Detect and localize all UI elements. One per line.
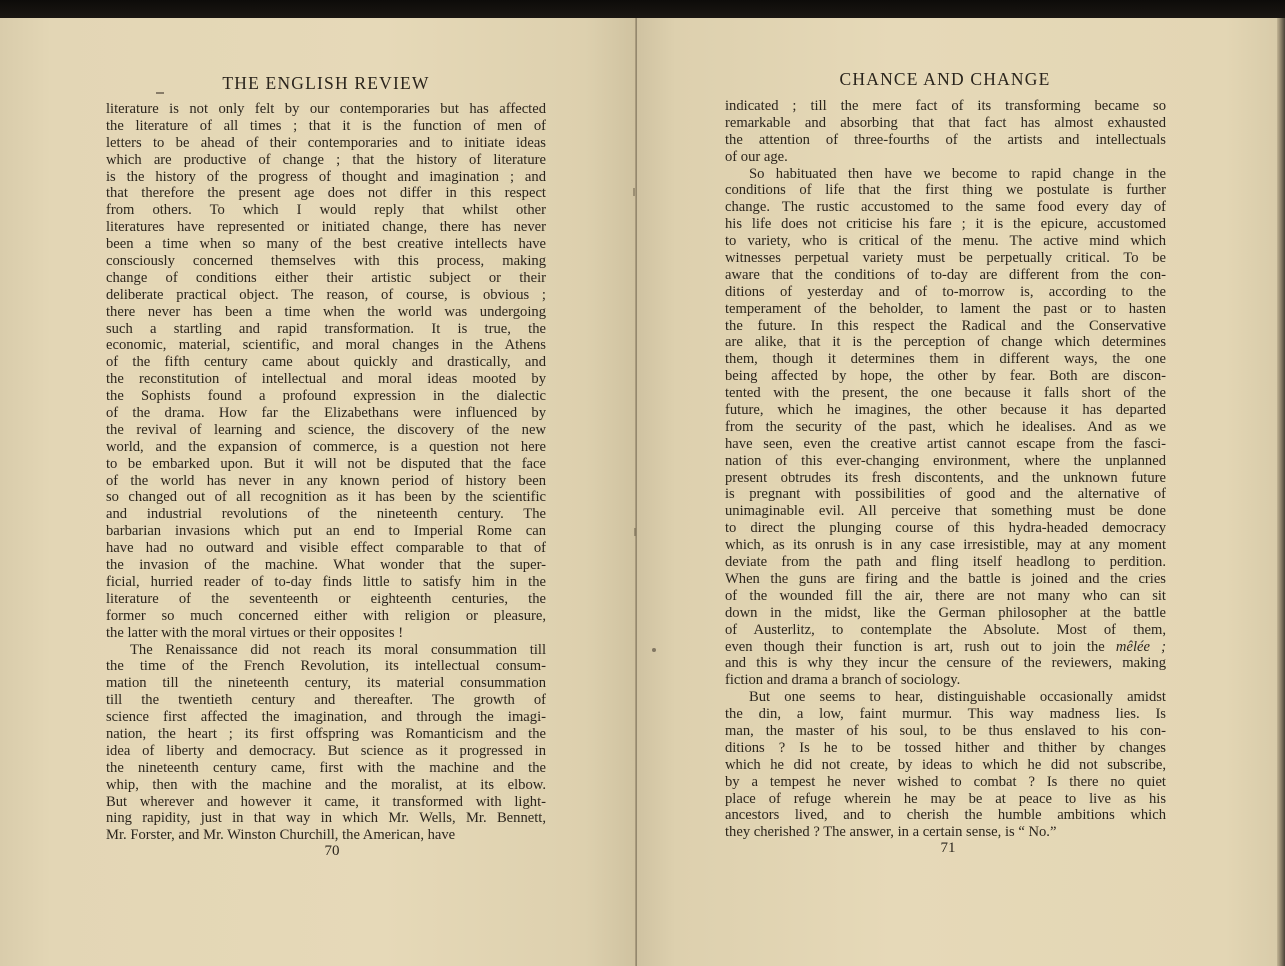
text-line: whip, then with the machine and the mora… [106,777,546,794]
text-line: of the drama. How far the Elizabethans w… [106,405,546,422]
ink-smudge [156,92,164,94]
ink-spot [652,648,656,652]
binding-mark [633,188,635,196]
text-line: which, as its onrush is in any case irre… [725,537,1166,554]
text-line: witnesses perpetual variety must be perp… [725,250,1166,267]
text-line: tented with the present, the one because… [725,385,1166,402]
right-page: CHANCE AND CHANGE indicated ; till the m… [637,18,1277,966]
text-line: are alike, that it is the perception of … [725,334,1166,351]
text-line: the attention of three-fourths of the ar… [725,132,1166,149]
binding-mark [634,528,636,536]
book-fore-edge [1277,18,1285,966]
text-line: is the history of the progress of though… [106,169,546,186]
text-line: world, and the expansion of commerce, is… [106,439,546,456]
text-line: barbarian invasions which put an end to … [106,523,546,540]
text-line: have had no outward and visible effect c… [106,540,546,557]
text-line: unimaginable evil. All perceive that som… [725,503,1166,520]
text-line: literature of the seventeenth or eightee… [106,591,546,608]
text-line: nation of this ever-changing environment… [725,453,1166,470]
text-line: nation, the heart ; its first offspring … [106,726,546,743]
text-line: indicated ; till the mere fact of its tr… [725,98,1166,115]
text-line: the revival of learning and science, the… [106,422,546,439]
text-line: idea of liberty and democracy. But scien… [106,743,546,760]
text-line: present obtrudes its fresh discontents, … [725,470,1166,487]
text-line: of the world has never in any known peri… [106,473,546,490]
running-head-right: CHANCE AND CHANGE [725,69,1165,90]
text-line: ancestors lived, and to cherish the humb… [725,807,1166,824]
text-line: the invasion of the machine. What wonder… [106,557,546,574]
text-line: there never has been a time when the wor… [106,304,546,321]
text-line: being affected by hope, the other by fea… [725,368,1166,385]
text-line: mation till the nineteenth century, its … [106,675,546,692]
text-line: to variety, who is critical of the menu.… [725,233,1166,250]
text-line: conditions of life that the first thing … [725,182,1166,199]
text-line: of our age. [725,149,1166,166]
text-line: been a time when so many of the best cre… [106,236,546,253]
text-line: letters to be ahead of their contemporar… [106,135,546,152]
text-line: the future. In this respect the Radical … [725,318,1166,335]
text-line: to be embarked upon. But it will not be … [106,456,546,473]
book-spread: THE ENGLISH REVIEW literature is not onl… [0,18,1285,966]
text-line: change of conditions either their artist… [106,270,546,287]
page-number-right: 71 [918,840,978,857]
text-line: is pregnant with possibilities of good a… [725,486,1166,503]
text-line: from others. To which I would reply that… [106,202,546,219]
text-line: such a startling and rapid transformatio… [106,321,546,338]
text-line: ficial, hurried reader of to-day finds l… [106,574,546,591]
text-line: ning rapidity, just in that way in which… [106,810,546,827]
text-line: remarkable and absorbing that that fact … [725,115,1166,132]
text-fragment: even though their function is art, rush … [725,639,1105,655]
text-line: literature is not only felt by our conte… [106,101,546,118]
text-line: the time of the French Revolution, its i… [106,658,546,675]
right-page-body: indicated ; till the mere fact of its tr… [725,98,1166,841]
text-line: of the wounded fill the air, there are n… [725,588,1166,605]
text-line: science first affected the imagination, … [106,709,546,726]
text-line: ditions ? Is he to be tossed hither and … [725,740,1166,757]
text-line: former so much concerned either with rel… [106,608,546,625]
text-line: Mr. Forster, and Mr. Winston Churchill, … [106,827,546,844]
text-line: literatures have represented or initiate… [106,219,546,236]
text-line: the din, a low, faint murmur. This way m… [725,706,1166,723]
text-line: the literature of all times ; that it is… [106,118,546,135]
text-line: So habituated then have we become to rap… [725,166,1166,183]
text-line: they cherished ? The answer, in a certai… [725,824,1166,841]
text-line: aware that the conditions of to-day are … [725,267,1166,284]
text-line: have seen, even the creative artist cann… [725,436,1166,453]
text-line: deviate from the path and fling itself h… [725,554,1166,571]
text-line: that therefore the present age does not … [106,185,546,202]
text-line: even though their function is art, rush … [725,639,1166,656]
text-line: deliberate practical object. The reason,… [106,287,546,304]
text-line: man, the master of his soul, to be thus … [725,723,1166,740]
text-line: But one seems to hear, distinguishable o… [725,689,1166,706]
page-number-left: 70 [302,843,362,860]
text-line: fiction and drama a branch of sociology. [725,672,1166,689]
left-page-body: literature is not only felt by our conte… [106,101,546,844]
text-line: them, though it determines them in diffe… [725,351,1166,368]
text-line: so changed out of all recognition as it … [106,489,546,506]
text-line: of Austerlitz, to contemplate the Absolu… [725,622,1166,639]
text-line: place of refuge wherein he may be at pea… [725,791,1166,808]
text-line: The Renaissance did not reach its moral … [106,642,546,659]
text-line: the nineteenth century came, first with … [106,760,546,777]
text-line: of the fifth century came about quickly … [106,354,546,371]
text-line: the reconstitution of intellectual and m… [106,371,546,388]
text-line: his life does not criticise his fare ; i… [725,216,1166,233]
text-line: and this is why they incur the censure o… [725,655,1166,672]
left-page: THE ENGLISH REVIEW literature is not onl… [0,18,636,966]
text-line: future, which he imagines, the other bec… [725,402,1166,419]
text-line: temperament of the beholder, to lament t… [725,301,1166,318]
text-line: from the security of the past, which he … [725,419,1166,436]
text-line: consciously concerned themselves with th… [106,253,546,270]
text-line: the Sophists found a profound expression… [106,388,546,405]
text-line: When the guns are firing and the battle … [725,571,1166,588]
text-line: economic, material, scientific, and mora… [106,337,546,354]
book-top-edge [0,0,1285,20]
running-head-left: THE ENGLISH REVIEW [106,73,546,94]
text-line: the latter with the moral virtues or the… [106,625,546,642]
text-line: which are productive of change ; that th… [106,152,546,169]
text-line: which he did not create, by ideas to whi… [725,757,1166,774]
text-line: to direct the plunging course of this hy… [725,520,1166,537]
text-line: till the twentieth century and thereafte… [106,692,546,709]
italic-word: mêlée ; [1116,639,1166,655]
text-line: ditions of yesterday and of to-morrow is… [725,284,1166,301]
text-line: change. The rustic accustomed to the sam… [725,199,1166,216]
text-line: by a tempest he never wished to combat ?… [725,774,1166,791]
text-line: But wherever and however it came, it tra… [106,794,546,811]
text-line: down in the midst, like the German philo… [725,605,1166,622]
text-line: and industrial revolutions of the ninete… [106,506,546,523]
